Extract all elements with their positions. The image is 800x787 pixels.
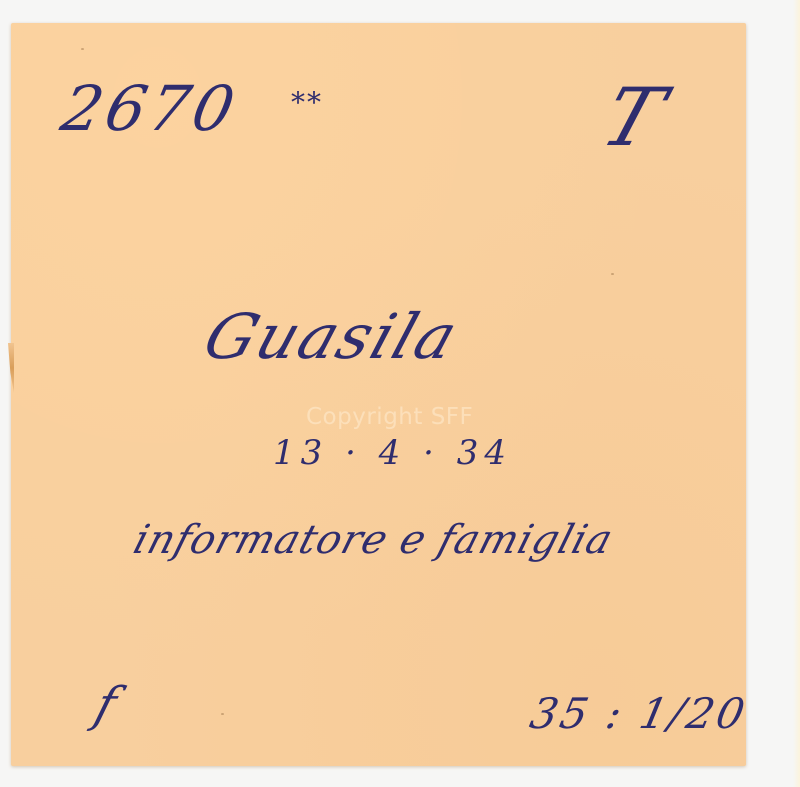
corner-mark: T [593, 78, 672, 158]
place-name: Guasila [197, 306, 466, 368]
bottom-left-mark: f [90, 681, 122, 729]
paper-speck [221, 713, 224, 715]
scan-background: 2670 ** T Guasila Copyright SFF 13 · 4 ·… [0, 0, 800, 787]
reference-code: 35 : 1/20 [527, 693, 752, 735]
recording-date: 13 · 4 · 34 [273, 436, 512, 470]
catalog-number: 2670 [56, 78, 243, 140]
description: informatore e famiglia [129, 520, 617, 560]
archival-card: 2670 ** T Guasila Copyright SFF 13 · 4 ·… [11, 23, 746, 766]
catalog-star-marks: ** [291, 86, 323, 119]
adjacent-card-edge [793, 0, 800, 787]
paper-speck [611, 273, 614, 275]
copyright-watermark: Copyright SFF [306, 404, 473, 430]
paper-speck [81, 48, 84, 50]
